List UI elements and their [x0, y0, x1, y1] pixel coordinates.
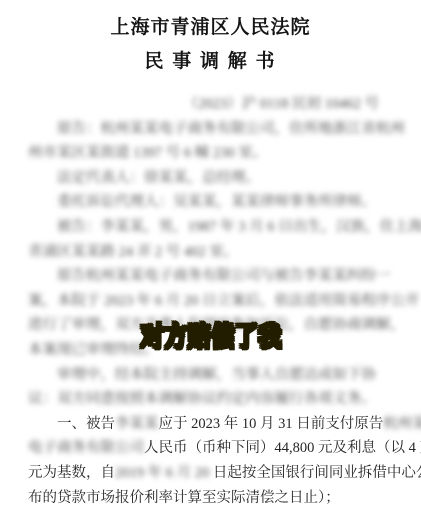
plaintiff-line-redacted: 州市某区某街道 1397 号 6 幢 230 室。 — [28, 141, 393, 166]
case-number-redacted: （2023）沪 0118 民初 10462 号 — [28, 92, 393, 117]
case-summary-line-redacted: 原告杭州某某电子商务有限公司与被告李某某纠纷一 — [28, 264, 393, 289]
redacted-text-segment: 本案现已审理终结。 — [28, 342, 159, 358]
redacted-text-segment: 2019 年 6 月 20 — [115, 465, 213, 481]
court-name-title: 上海市青浦区人民法院 — [0, 0, 421, 39]
plaintiff-line-redacted: 原告：杭州某某电子商务有限公司，住所地浙江省杭州 — [28, 117, 393, 142]
document-text-segment: 应于 2023 年 10 月 31 日前支付原告 — [159, 416, 384, 432]
document-type-title: 民 事 调 解 书 — [0, 46, 421, 73]
redacted-text-segment: 青浦区某某路 24 弄 2 号 402 室。 — [28, 244, 238, 260]
document-text-segment: 日起按全国银行间同业拆借中心公 — [213, 465, 421, 481]
attorney-line-redacted: 委托诉讼代理人：吴某某，某某律师事务所律师。 — [28, 190, 393, 215]
mediation-agreement-line-redacted: 议：双方同意按照本调解协议约定内容履行各项义务。 — [28, 387, 393, 412]
redacted-text-segment: 委托诉讼代理人：吴某某，某某律师事务所律师。 — [57, 194, 376, 210]
mediation-agreement-line-redacted: 审理中，经本院主持调解，当事人自愿达成如下协 — [28, 363, 393, 388]
clause-one-line: 元为基数，自2019 年 6 月 20 日起按全国银行间同业拆借中心公 — [28, 461, 393, 486]
redacted-text-segment: 州市某区某街道 1397 号 6 幢 230 室。 — [28, 145, 267, 161]
redacted-text-segment: 原告杭州某某电子商务有限公司与被告李某某纠纷一 — [57, 268, 391, 284]
defendant-line-redacted: 青浦区某某路 24 弄 2 号 402 室。 — [28, 240, 393, 265]
redacted-text-segment: 法定代表人：徐某某，总经理。 — [57, 170, 260, 186]
legal-representative-line-redacted: 法定代表人：徐某某，总经理。 — [28, 166, 393, 191]
redacted-text-segment: 审理中，经本院主持调解，当事人自愿达成如下协 — [57, 367, 376, 383]
clause-one-line: 一、被告李某某应于 2023 年 10 月 31 日前支付原告杭州某某 — [28, 412, 393, 437]
redacted-text-segment: 被告：李某某，男，1987 年 3 月 6 日出生，汉族，住上海市 — [57, 219, 421, 235]
redacted-text-segment: 李某某 — [115, 416, 159, 432]
redacted-text-segment: 杭州某某 — [383, 416, 421, 432]
defendant-line-redacted: 被告：李某某，男，1987 年 3 月 6 日出生，汉族，住上海市 — [28, 215, 393, 240]
mediation-document-page: 上海市青浦区人民法院 民 事 调 解 书 （2023）沪 0118 民初 104… — [0, 0, 421, 523]
video-caption-overlay: 对方赔偿了我 — [140, 318, 281, 356]
redacted-text-segment: （2023）沪 0118 民初 10462 号 — [184, 96, 379, 112]
document-body: （2023）沪 0118 民初 10462 号原告：杭州某某电子商务有限公司，住… — [28, 92, 393, 510]
document-text-segment: 元为基数，自 — [28, 465, 115, 481]
clause-one-line: 布的贷款市场报价利率计算至实际清偿之日止）； — [28, 486, 393, 511]
redacted-text-segment: 议：双方同意按照本调解协议约定内容履行各项义务。 — [28, 391, 376, 407]
document-text-segment: 布的贷款市场报价利率计算至实际清偿之日止）； — [28, 490, 340, 506]
redacted-text-segment: 电子商务有限公司 — [28, 440, 144, 456]
case-summary-line-redacted: 案，本院于 2023 年 6 月 20 日立案后，依法适用简易程序公开 — [28, 289, 393, 314]
document-text-segment: 人民币（币种下同）44,800 元及利息（以 4 万 — [144, 440, 421, 456]
redacted-text-segment: 原告：杭州某某电子商务有限公司，住所地浙江省杭州 — [57, 121, 405, 137]
clause-one-line: 电子商务有限公司人民币（币种下同）44,800 元及利息（以 4 万 — [28, 436, 393, 461]
redacted-text-segment: 案，本院于 2023 年 6 月 20 日立案后，依法适用简易程序公开 — [28, 293, 420, 309]
document-text-segment: 一、被告 — [57, 416, 115, 432]
